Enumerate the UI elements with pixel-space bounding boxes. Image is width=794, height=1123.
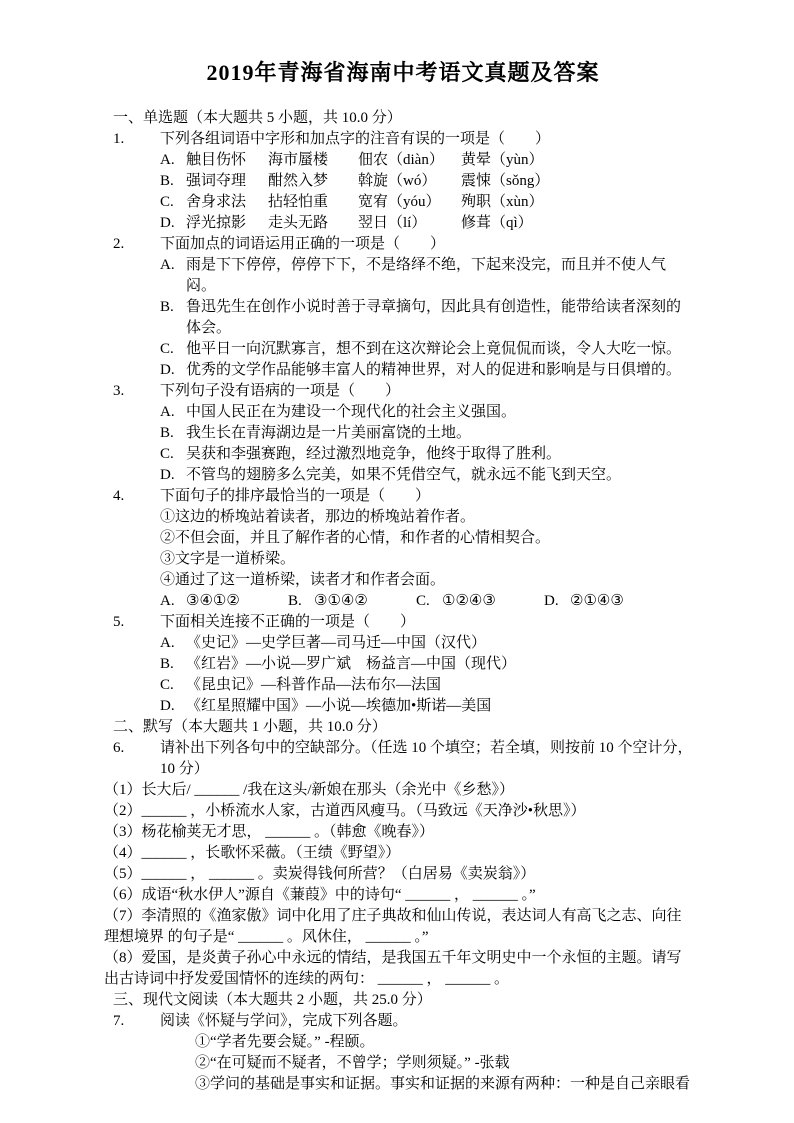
option-row: A. 雨是下下停停，停停下下，不是络绎不绝，下起来没完，而且并不使人气闷。 bbox=[113, 255, 693, 297]
option-word-3: 宽宥（yóu） bbox=[358, 192, 461, 213]
sentence-item: ①这边的桥堍站着读者，那边的桥堍站着作者。 bbox=[113, 507, 693, 528]
option-word-3: 斡旋（wó） bbox=[358, 171, 461, 192]
option-text: 中国人民正在为建设一个现代化的社会主义强国。 bbox=[186, 402, 693, 423]
option-row: C. 舍身求法 拈轻怕重 宽宥（yóu） 殉职（xùn） bbox=[113, 192, 693, 213]
section-2-header: 二、默写（本大题共 1 小题，共 10.0 分） bbox=[113, 717, 693, 738]
option-row: A. 《史记》—史学巨著—司马迁—中国（汉代） bbox=[113, 633, 693, 654]
option-text: ③④①② bbox=[186, 591, 240, 612]
reading-paragraph: ③学问的基础是事实和证据。事实和证据的来源有两种：一种是自己亲眼看 bbox=[113, 1074, 693, 1095]
option-word-4: 殉职（xùn） bbox=[461, 192, 693, 213]
question-number: 1. bbox=[113, 129, 160, 150]
option-word-3: 佃农（diàn） bbox=[358, 150, 461, 171]
option-text: 《红岩》—小说—罗广斌 杨益言—中国（现代） bbox=[186, 654, 693, 675]
option-label: D. bbox=[160, 465, 186, 486]
option-label: B. bbox=[288, 591, 314, 612]
option-label: D. bbox=[160, 360, 186, 381]
fill-blank-item: （5）______ ， ______ 。卖炭得钱何所营？（白居易《卖炭翁》） bbox=[104, 864, 693, 885]
option-row: A. 中国人民正在为建设一个现代化的社会主义强国。 bbox=[113, 402, 693, 423]
option-row: D. 浮光掠影 走头无路 翌日（lí） 修葺（qì） bbox=[113, 213, 693, 234]
option-word-1: 强词夺理 bbox=[186, 171, 268, 192]
option-label: D. bbox=[544, 591, 570, 612]
option-word-4: 黄晕（yùn） bbox=[461, 150, 693, 171]
fill-blank-item: （2）______ ，小桥流水人家，古道西风瘦马。（马致远《天净沙•秋思》） bbox=[104, 801, 693, 822]
fill-blank-item: （6）成语“秋水伊人”源自《蒹葭》中的诗句“ ______ ， ______ 。… bbox=[104, 885, 693, 906]
option-word-2: 走头无路 bbox=[268, 213, 358, 234]
option-label: A. bbox=[160, 150, 186, 171]
option-text: 《红星照耀中国》—小说—埃德加•斯诺—美国 bbox=[186, 696, 693, 717]
question-number: 6. bbox=[113, 738, 160, 780]
option-label: B. bbox=[160, 654, 186, 675]
question-stem: 请补出下列各句中的空缺部分。（任选 10 个填空；若全填，则按前 10 个空计分… bbox=[160, 738, 693, 780]
option-word-2: 海市蜃楼 bbox=[268, 150, 358, 171]
option-row: D. 不管鸟的翅膀多么完美，如果不凭借空气，就永远不能飞到天空。 bbox=[113, 465, 693, 486]
question-7: 7. 阅读《怀疑与学问》，完成下列各题。 bbox=[113, 1011, 693, 1032]
section-3-header: 三、现代文阅读（本大题共 2 小题，共 25.0 分） bbox=[113, 990, 693, 1011]
option-word-1: 浮光掠影 bbox=[186, 213, 268, 234]
sentence-item: ③文字是一道桥梁。 bbox=[113, 549, 693, 570]
exam-paper-page: 2019年青海省海南中考语文真题及答案 一、单选题（本大题共 5 小题，共 10… bbox=[113, 58, 693, 1095]
answer-choices-row: A. ③④①② B. ③①④② C. ①②④③ D. ②①④③ bbox=[113, 591, 693, 612]
option-word-3: 翌日（lí） bbox=[358, 213, 461, 234]
option-label: B. bbox=[160, 171, 186, 192]
fill-blank-item: （3）杨花榆荚无才思， ______ 。（韩愈《晚春》） bbox=[104, 822, 693, 843]
option-word-2: 酣然入梦 bbox=[268, 171, 358, 192]
option-row: D. 《红星照耀中国》—小说—埃德加•斯诺—美国 bbox=[113, 696, 693, 717]
fill-blank-item: （4）______ ，长歌怀采薇。（王绩《野望》） bbox=[104, 843, 693, 864]
option-row: B. 鲁迅先生在创作小说时善于寻章摘句，因此具有创造性，能带给读者深刻的体会。 bbox=[113, 297, 693, 339]
question-stem: 下面句子的排序最恰当的一项是（ ） bbox=[160, 486, 693, 507]
question-1: 1. 下列各组词语中字形和加点字的注音有误的一项是（ ） bbox=[113, 129, 693, 150]
option-row: B. 强词夺理 酣然入梦 斡旋（wó） 震悚（sǒng） bbox=[113, 171, 693, 192]
option-label: C. bbox=[160, 339, 186, 360]
option-text: ①②④③ bbox=[442, 591, 496, 612]
option-text: 优秀的文学作品能够丰富人的精神世界，对人的促进和影响是与日俱增的。 bbox=[186, 360, 693, 381]
option-label: C. bbox=[160, 444, 186, 465]
question-4: 4. 下面句子的排序最恰当的一项是（ ） bbox=[113, 486, 693, 507]
sentence-item: ④通过了这一道桥梁，读者才和作者会面。 bbox=[113, 570, 693, 591]
option-row: B. 我生长在青海湖边是一片美丽富饶的土地。 bbox=[113, 423, 693, 444]
answer-choice: C. ①②④③ bbox=[416, 591, 544, 612]
option-row: B. 《红岩》—小说—罗广斌 杨益言—中国（现代） bbox=[113, 654, 693, 675]
option-text: 吴获和李强赛跑，经过激烈地竞争，他终于取得了胜利。 bbox=[186, 444, 693, 465]
option-row: D. 优秀的文学作品能够丰富人的精神世界，对人的促进和影响是与日俱增的。 bbox=[113, 360, 693, 381]
option-word-2: 拈轻怕重 bbox=[268, 192, 358, 213]
question-number: 3. bbox=[113, 381, 160, 402]
answer-choice: D. ②①④③ bbox=[544, 591, 693, 612]
question-stem: 下列句子没有语病的一项是（ ） bbox=[160, 381, 693, 402]
option-label: B. bbox=[160, 423, 186, 444]
option-label: D. bbox=[160, 696, 186, 717]
option-word-4: 震悚（sǒng） bbox=[461, 171, 693, 192]
option-label: D. bbox=[160, 213, 186, 234]
question-stem: 下面相关连接不正确的一项是（ ） bbox=[160, 612, 693, 633]
question-stem: 下面加点的词语运用正确的一项是（ ） bbox=[160, 234, 693, 255]
option-text: 雨是下下停停，停停下下，不是络绎不绝，下起来没完，而且并不使人气闷。 bbox=[186, 255, 693, 297]
option-row: C. 他平日一向沉默寡言，想不到在这次辩论会上竟侃侃而谈，令人大吃一惊。 bbox=[113, 339, 693, 360]
option-word-4: 修葺（qì） bbox=[461, 213, 693, 234]
section-1-header: 一、单选题（本大题共 5 小题，共 10.0 分） bbox=[113, 108, 693, 129]
option-label: C. bbox=[160, 192, 186, 213]
reading-paragraph: ②“在可疑而不疑者，不曾学；学则须疑。” -张载 bbox=[113, 1053, 693, 1074]
sentence-item: ②不但会面，并且了解作者的心情，和作者的心情相契合。 bbox=[113, 528, 693, 549]
question-number: 7. bbox=[113, 1011, 160, 1032]
question-6: 6. 请补出下列各句中的空缺部分。（任选 10 个填空；若全填，则按前 10 个… bbox=[113, 738, 693, 780]
question-number: 5. bbox=[113, 612, 160, 633]
question-3: 3. 下列句子没有语病的一项是（ ） bbox=[113, 381, 693, 402]
question-5: 5. 下面相关连接不正确的一项是（ ） bbox=[113, 612, 693, 633]
option-label: A. bbox=[160, 255, 186, 297]
question-stem: 阅读《怀疑与学问》，完成下列各题。 bbox=[160, 1011, 693, 1032]
document-title: 2019年青海省海南中考语文真题及答案 bbox=[113, 58, 693, 88]
answer-choice: A. ③④①② bbox=[160, 591, 288, 612]
option-text: 《史记》—史学巨著—司马迁—中国（汉代） bbox=[186, 633, 693, 654]
option-row: C. 《昆虫记》—科普作品—法布尔—法国 bbox=[113, 675, 693, 696]
option-text: 我生长在青海湖边是一片美丽富饶的土地。 bbox=[186, 423, 693, 444]
option-word-1: 舍身求法 bbox=[186, 192, 268, 213]
option-text: 他平日一向沉默寡言，想不到在这次辩论会上竟侃侃而谈，令人大吃一惊。 bbox=[186, 339, 693, 360]
option-text: ③①④② bbox=[314, 591, 368, 612]
question-2: 2. 下面加点的词语运用正确的一项是（ ） bbox=[113, 234, 693, 255]
option-row: A. 触目伤怀 海市蜃楼 佃农（diàn） 黄晕（yùn） bbox=[113, 150, 693, 171]
fill-blank-item: （7）李清照的《渔家傲》词中化用了庄子典故和仙山传说，表达词人有高飞之志、向往理… bbox=[104, 906, 693, 948]
option-text: 不管鸟的翅膀多么完美，如果不凭借空气，就永远不能飞到天空。 bbox=[186, 465, 693, 486]
answer-choice: B. ③①④② bbox=[288, 591, 416, 612]
option-text: 鲁迅先生在创作小说时善于寻章摘句，因此具有创造性，能带给读者深刻的体会。 bbox=[186, 297, 693, 339]
reading-paragraph: ①“学者先要会疑。” -程颐。 bbox=[113, 1032, 693, 1053]
fill-blank-item: （1）长大后/ ______ /我在这头/新娘在那头（余光中《乡愁》） bbox=[104, 780, 693, 801]
question-number: 4. bbox=[113, 486, 160, 507]
fill-blank-item: （8）爱国，是炎黄子孙心中永远的情结，是我国五千年文明史中一个永恒的主题。请写出… bbox=[104, 948, 693, 990]
question-number: 2. bbox=[113, 234, 160, 255]
option-label: A. bbox=[160, 633, 186, 654]
option-row: C. 吴获和李强赛跑，经过激烈地竞争，他终于取得了胜利。 bbox=[113, 444, 693, 465]
question-stem: 下列各组词语中字形和加点字的注音有误的一项是（ ） bbox=[160, 129, 693, 150]
option-label: C. bbox=[160, 675, 186, 696]
option-label: C. bbox=[416, 591, 442, 612]
option-label: B. bbox=[160, 297, 186, 339]
option-word-1: 触目伤怀 bbox=[186, 150, 268, 171]
option-label: A. bbox=[160, 591, 186, 612]
option-text: 《昆虫记》—科普作品—法布尔—法国 bbox=[186, 675, 693, 696]
option-label: A. bbox=[160, 402, 186, 423]
option-text: ②①④③ bbox=[570, 591, 624, 612]
